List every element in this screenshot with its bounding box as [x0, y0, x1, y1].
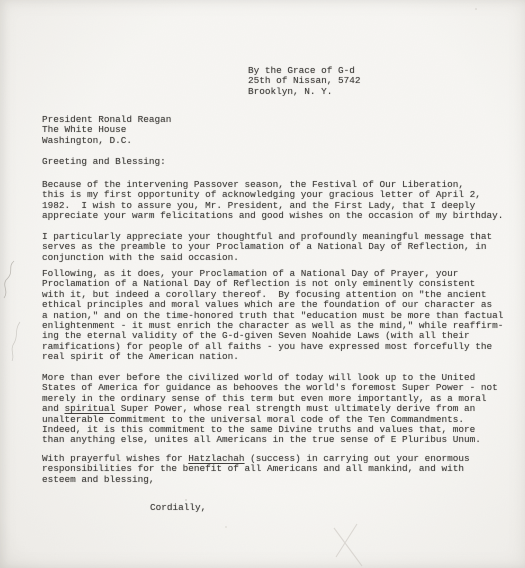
text-line: conjunction with the said occasion.	[42, 253, 492, 263]
text-line: than anything else, unites all Americans…	[42, 435, 498, 445]
letterhead: By the Grace of G-d25th of Nissan, 5742B…	[248, 66, 361, 97]
text-line: appreciate your warm felicitations and g…	[42, 211, 503, 221]
paragraph-3: Following, as it does, your Proclamation…	[42, 269, 503, 363]
text-line: real spirit of the American nation.	[42, 352, 503, 362]
text-line: Brooklyn, N. Y.	[248, 87, 361, 97]
closing-salutation: Cordially,	[150, 503, 206, 513]
paragraph-4: More than ever before the civilized worl…	[42, 373, 498, 446]
letter-page: By the Grace of G-d25th of Nissan, 5742B…	[0, 0, 525, 568]
text-line: Washington, D.C.	[42, 136, 171, 146]
scan-speck	[475, 8, 477, 10]
text-line: esteem and blessing,	[42, 475, 470, 485]
paragraph-2: I particularly appreciate your thoughtfu…	[42, 232, 492, 263]
scan-x-mark	[334, 524, 362, 566]
scan-squiggle-top	[4, 261, 14, 298]
scan-speck	[185, 499, 187, 501]
paragraph-1: Because of the intervening Passover seas…	[42, 180, 503, 222]
scan-speck	[225, 526, 227, 528]
scan-squiggle-bottom	[12, 322, 20, 361]
paragraph-5: With prayerful wishes for Hatzlachah (su…	[42, 454, 470, 485]
recipient-address: President Ronald ReaganThe White HouseWa…	[42, 115, 171, 146]
salutation: Greeting and Blessing:	[42, 157, 166, 167]
